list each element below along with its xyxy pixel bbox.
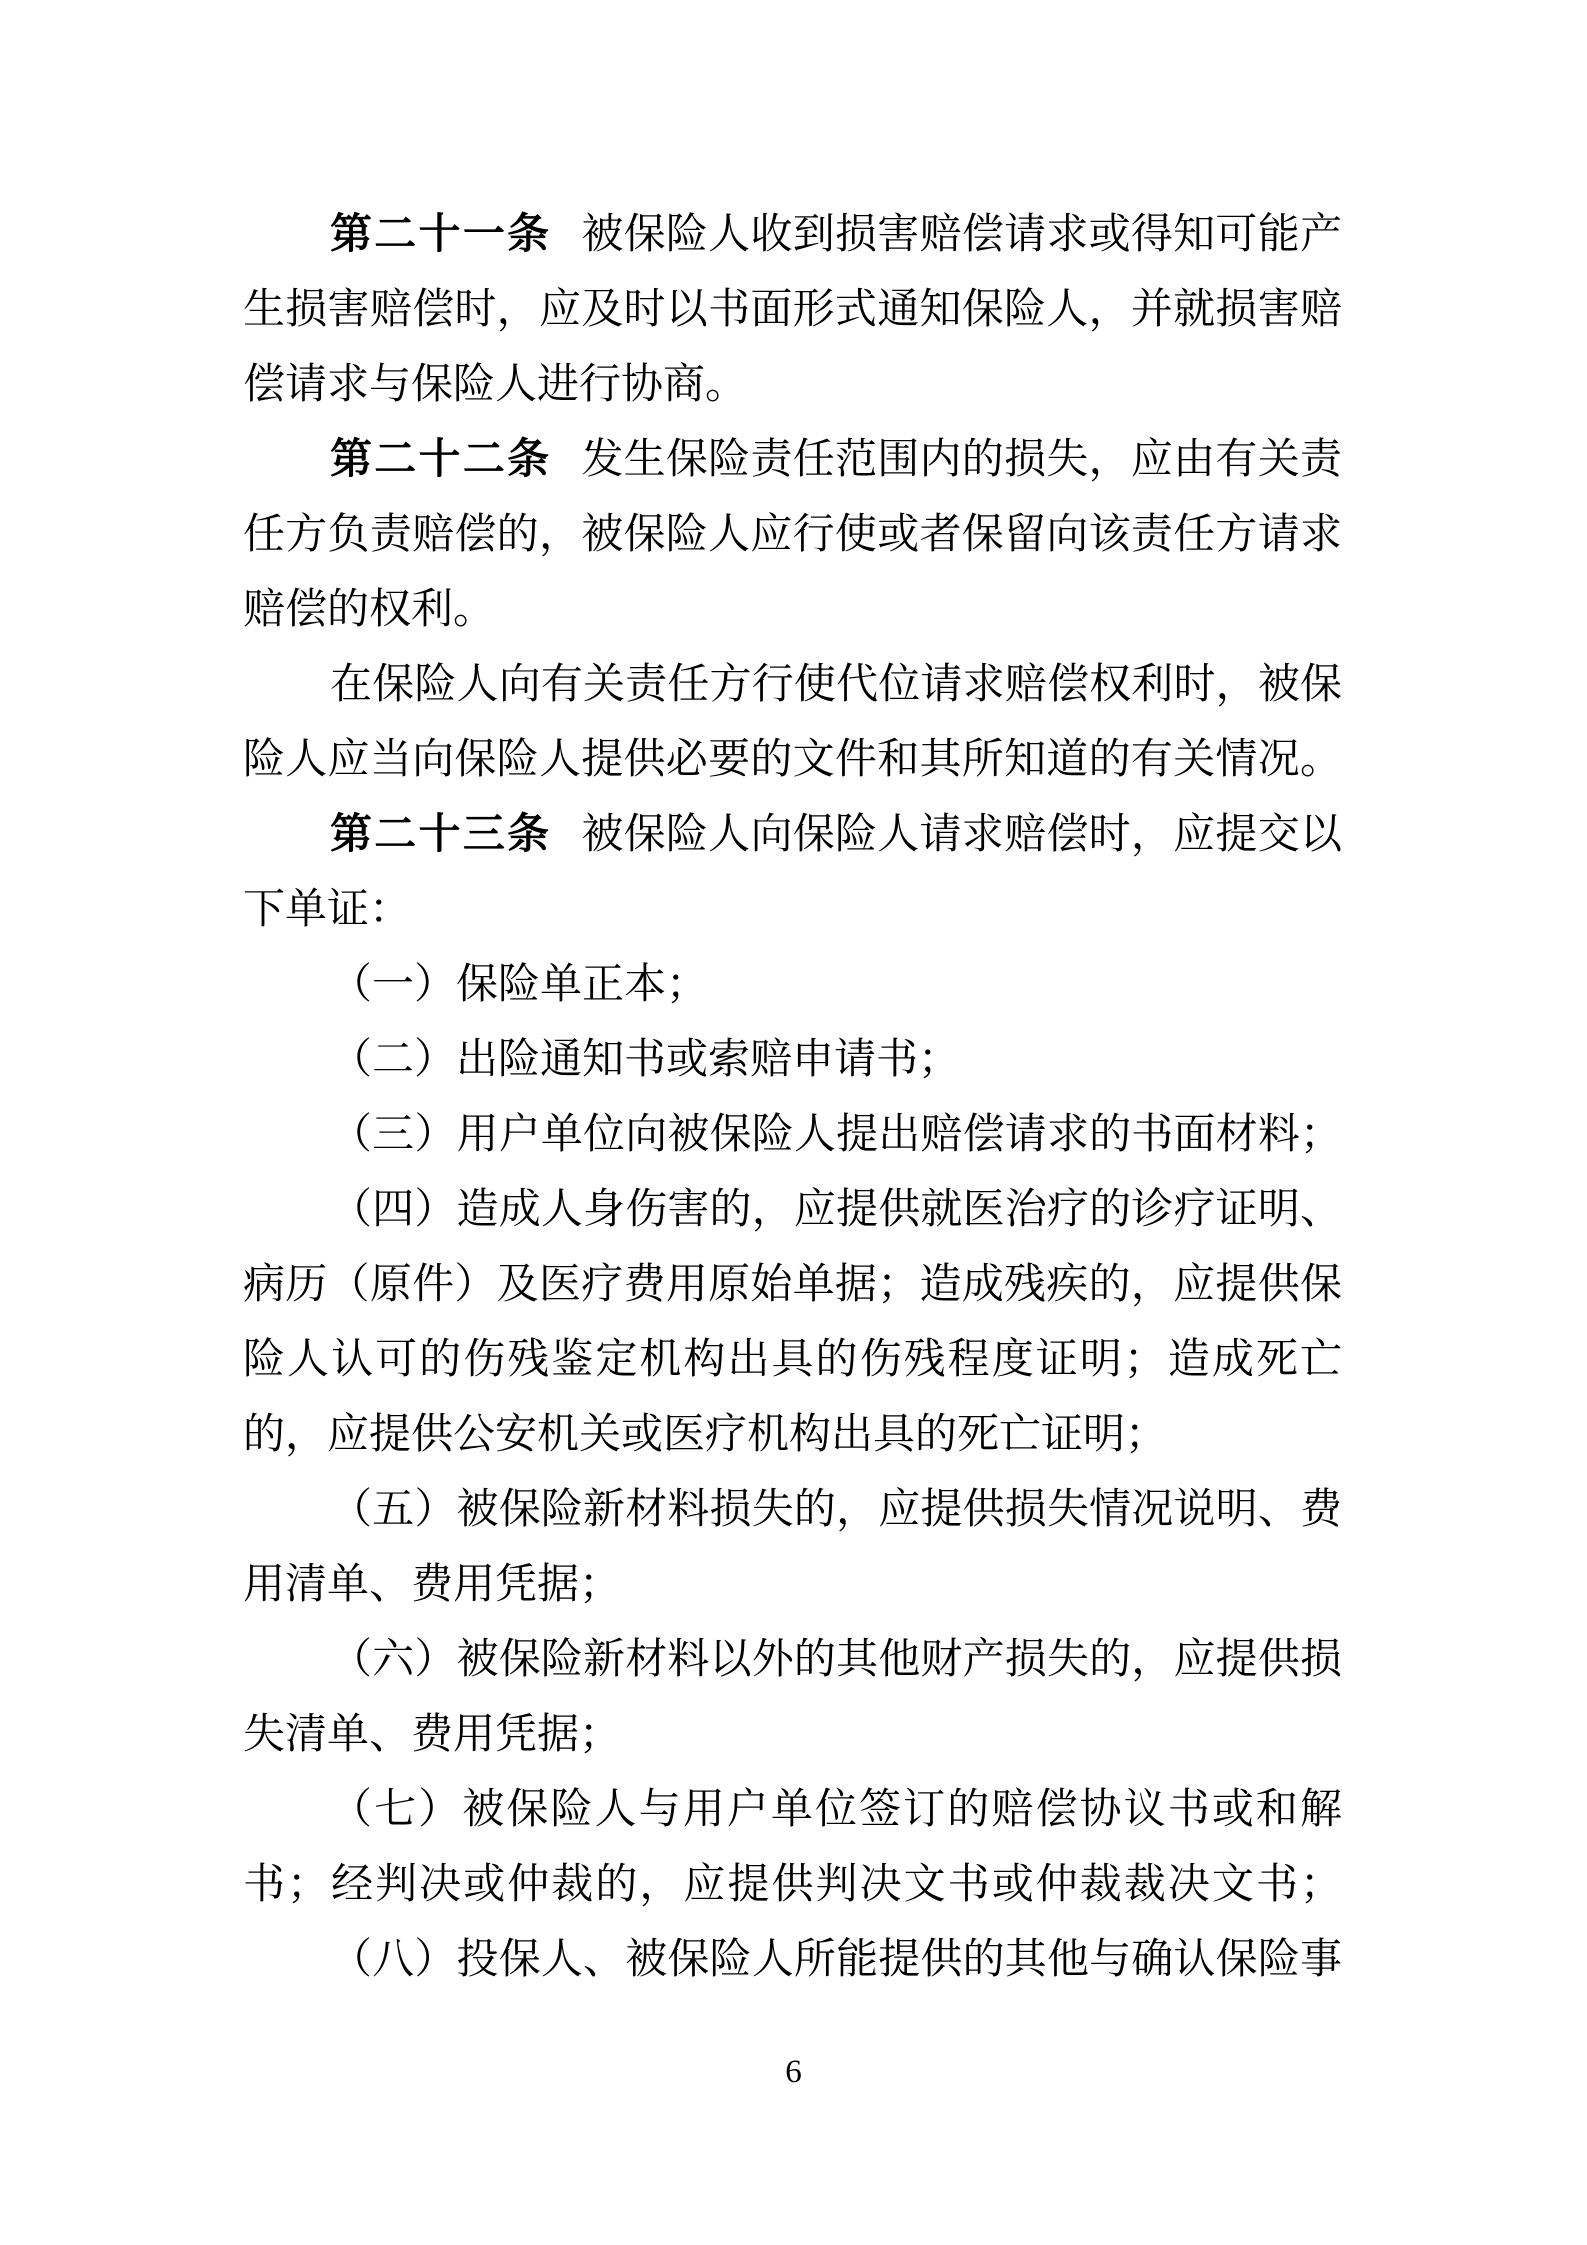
list-item-line: （二）出险通知书或索赔申请书； (243, 1023, 1342, 1098)
list-item-line: （七）被保险人与用户单位签订的赔偿协议书或和解 (243, 1773, 1342, 1848)
paragraph-line: 生损害赔偿时，应及时以书面形式通知保险人，并就损害赔 (243, 273, 1342, 348)
paragraph-line: 第二十一条被保险人收到损害赔偿请求或得知可能产 (243, 198, 1342, 273)
line-text: 被保险人收到损害赔偿请求或得知可能产 (581, 212, 1342, 258)
list-item-line: （八）投保人、被保险人所能提供的其他与确认保险事 (243, 1923, 1342, 1998)
line-text: 下单证： (243, 887, 411, 933)
page-number: 6 (0, 2050, 1587, 2094)
line-text: （三）用户单位向被保险人提出赔偿请求的书面材料； (330, 1112, 1342, 1158)
paragraph-line: 险人应当向保险人提供必要的文件和其所知道的有关情况。 (243, 723, 1342, 798)
line-text: 发生保险责任范围内的损失，应由有关责 (581, 437, 1342, 483)
line-text: （四）造成人身伤害的，应提供就医治疗的诊疗证明、 (330, 1187, 1342, 1233)
line-text: 失清单、费用凭据； (243, 1712, 621, 1758)
article-number: 第二十三条 (330, 812, 551, 858)
paragraph-line: 赔偿的权利。 (243, 573, 1342, 648)
list-item-line: （五）被保险新材料损失的，应提供损失情况说明、费 (243, 1473, 1342, 1548)
line-text: （五）被保险新材料损失的，应提供损失情况说明、费 (330, 1487, 1342, 1533)
line-text: 在保险人向有关责任方行使代位请求赔偿权利时，被保 (330, 662, 1342, 708)
paragraph-line: 任方负责赔偿的，被保险人应行使或者保留向该责任方请求 (243, 498, 1342, 573)
list-item-line: （一）保险单正本； (243, 948, 1342, 1023)
document-body: 第二十一条被保险人收到损害赔偿请求或得知可能产 生损害赔偿时，应及时以书面形式通… (243, 198, 1342, 1998)
line-text: 被保险人向保险人请求赔偿时，应提交以 (581, 812, 1342, 858)
line-text: 偿请求与保险人进行协商。 (243, 362, 747, 408)
paragraph-line: 在保险人向有关责任方行使代位请求赔偿权利时，被保 (243, 648, 1342, 723)
line-text: （八）投保人、被保险人所能提供的其他与确认保险事 (330, 1937, 1342, 1983)
document-page: 第二十一条被保险人收到损害赔偿请求或得知可能产 生损害赔偿时，应及时以书面形式通… (0, 0, 1587, 2245)
list-item-line: （三）用户单位向被保险人提出赔偿请求的书面材料； (243, 1098, 1342, 1173)
list-item-line: （六）被保险新材料以外的其他财产损失的，应提供损 (243, 1623, 1342, 1698)
line-text: 赔偿的权利。 (243, 587, 495, 633)
paragraph-line: 用清单、费用凭据； (243, 1548, 1342, 1623)
line-text: 生损害赔偿时，应及时以书面形式通知保险人，并就损害赔 (243, 287, 1342, 333)
list-item-line: （四）造成人身伤害的，应提供就医治疗的诊疗证明、 (243, 1173, 1342, 1248)
paragraph-line: 险人认可的伤残鉴定机构出具的伤残程度证明；造成死亡 (243, 1323, 1342, 1398)
line-text: 书；经判决或仲裁的，应提供判决文书或仲裁裁决文书； (243, 1862, 1342, 1908)
line-text: （一）保险单正本； (330, 962, 708, 1008)
line-text: 险人应当向保险人提供必要的文件和其所知道的有关情况。 (243, 737, 1342, 783)
line-text: （七）被保险人与用户单位签订的赔偿协议书或和解 (330, 1787, 1342, 1833)
line-text: （二）出险通知书或索赔申请书； (330, 1037, 960, 1083)
line-text: 病历（原件）及医疗费用原始单据；造成残疾的，应提供保 (243, 1262, 1342, 1308)
paragraph-line: 病历（原件）及医疗费用原始单据；造成残疾的，应提供保 (243, 1248, 1342, 1323)
line-text: 用清单、费用凭据； (243, 1562, 621, 1608)
line-text: （六）被保险新材料以外的其他财产损失的，应提供损 (330, 1637, 1342, 1683)
line-text: 任方负责赔偿的，被保险人应行使或者保留向该责任方请求 (243, 512, 1342, 558)
paragraph-line: 书；经判决或仲裁的，应提供判决文书或仲裁裁决文书； (243, 1848, 1342, 1923)
line-text: 险人认可的伤残鉴定机构出具的伤残程度证明；造成死亡 (243, 1337, 1342, 1383)
paragraph-line: 第二十二条发生保险责任范围内的损失，应由有关责 (243, 423, 1342, 498)
paragraph-line: 偿请求与保险人进行协商。 (243, 348, 1342, 423)
line-text: 的，应提供公安机关或医疗机构出具的死亡证明； (243, 1412, 1167, 1458)
paragraph-line: 第二十三条被保险人向保险人请求赔偿时，应提交以 (243, 798, 1342, 873)
article-number: 第二十二条 (330, 437, 551, 483)
paragraph-line: 的，应提供公安机关或医疗机构出具的死亡证明； (243, 1398, 1342, 1473)
paragraph-line: 下单证： (243, 873, 1342, 948)
paragraph-line: 失清单、费用凭据； (243, 1698, 1342, 1773)
article-number: 第二十一条 (330, 212, 551, 258)
